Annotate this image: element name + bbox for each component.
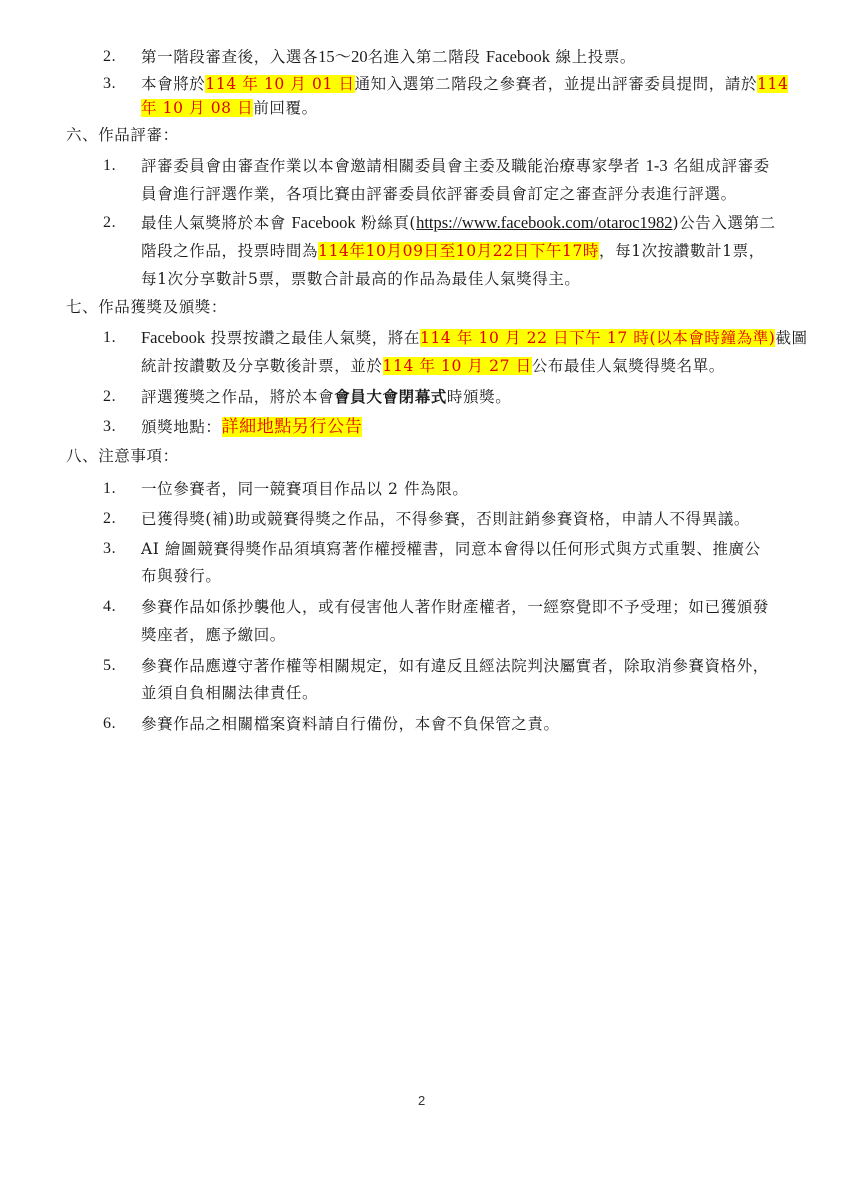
list-item-text: 第一階段審查後，入選各15～20名進入第二階段 Facebook 線上投票。 (141, 46, 636, 68)
page-number: 2 (418, 1093, 425, 1108)
list-number: 1. (103, 478, 116, 500)
list-number: 2. (103, 386, 116, 408)
list-item-text: AI 繪圖競賽得獎作品須填寫著作權授權書，同意本會得以任何形式與方式重製、推廣公 (141, 538, 761, 560)
list-item-text: 頒獎地點：詳細地點另行公告 (141, 416, 362, 438)
list-number: 2. (103, 508, 116, 530)
list-item-text-cont: 並須自負相關法律責任。 (141, 682, 318, 704)
list-item-text: 一位參賽者，同一競賽項目作品以 2 件為限。 (141, 478, 468, 500)
bold-text: 會員大會閉幕式 (334, 387, 447, 406)
list-item-text: 已獲得獎(補)助或競賽得獎之作品，不得參賽，否則註銷參賽資格，申請人不得異議。 (141, 508, 750, 530)
list-item-text-cont: 布與發行。 (141, 565, 222, 587)
list-item-text-cont: 階段之作品，投票時間為114年10月09日至10月22日下午17時，每1次按讚數… (141, 240, 765, 262)
facebook-link[interactable]: https://www.facebook.com/otaroc1982 (416, 213, 672, 232)
list-number: 3. (103, 538, 116, 560)
list-item-text-cont: 年 10 月 08 日前回覆。 (141, 97, 318, 119)
list-number: 1. (103, 327, 116, 349)
list-number: 2. (103, 212, 116, 234)
list-item-text-cont: 每1次分享數計5票，票數合計最高的作品為最佳人氣獎得主。 (141, 268, 581, 290)
highlighted-notice: 詳細地點另行公告 (222, 417, 363, 437)
highlighted-date: 114年10月09日至10月22日下午17時 (318, 242, 599, 260)
list-number: 5. (103, 655, 116, 677)
highlighted-date: 114 年 10 月 27 日 (383, 357, 532, 375)
list-item-text-cont: 員會進行評選作業，各項比賽由評審委員依評審委員會訂定之審查評分表進行評選。 (141, 183, 737, 205)
highlighted-date: 114 年 10 月 01 日 (205, 75, 354, 93)
list-number: 1. (103, 155, 116, 177)
highlighted-date: 114 年 10 月 22 日下午 17 時(以本會時鐘為準) (420, 329, 775, 347)
highlighted-date: 114 (757, 75, 788, 93)
list-item-text: 評審委員會由審查作業以本會邀請相關委員會主委及職能治療專家學者 1-3 名組成評… (141, 155, 770, 177)
document-page: 2. 第一階段審查後，入選各15～20名進入第二階段 Facebook 線上投票… (0, 0, 849, 1200)
highlighted-date: 年 10 月 08 日 (141, 99, 253, 117)
list-number: 2. (103, 46, 116, 68)
list-item-text: 最佳人氣獎將於本會 Facebook 粉絲頁(https://www.faceb… (141, 212, 776, 234)
section-heading: 六、作品評審： (66, 124, 179, 146)
list-item-text: 參賽作品應遵守著作權等相關規定，如有違反且經法院判決屬實者，除取消參賽資格外， (141, 655, 769, 677)
list-number: 4. (103, 596, 116, 618)
section-heading: 七、作品獲獎及頒獎： (66, 296, 227, 318)
list-item-text: 參賽作品之相關檔案資料請自行備份，本會不負保管之責。 (141, 713, 560, 735)
section-heading: 八、注意事項： (66, 445, 179, 467)
list-item-text: 參賽作品如係抄襲他人，或有侵害他人著作財產權者，一經察覺即不予受理；如已獲頒發 (141, 596, 769, 618)
list-number: 3. (103, 416, 116, 438)
list-number: 6. (103, 713, 116, 735)
list-item-text-cont: 獎座者，應予繳回。 (141, 624, 286, 646)
list-item-text: 本會將於114 年 10 月 01 日通知入選第二階段之參賽者，並提出評審委員提… (141, 73, 788, 95)
list-item-text: 評選獲獎之作品，將於本會會員大會閉幕式時頒獎。 (141, 386, 511, 408)
list-item-text-cont: 統計按讚數及分享數後計票，並於114 年 10 月 27 日公布最佳人氣獎得獎名… (141, 355, 725, 377)
list-number: 3. (103, 73, 116, 95)
list-item-text: Facebook 投票按讚之最佳人氣獎，將在114 年 10 月 22 日下午 … (141, 327, 808, 349)
